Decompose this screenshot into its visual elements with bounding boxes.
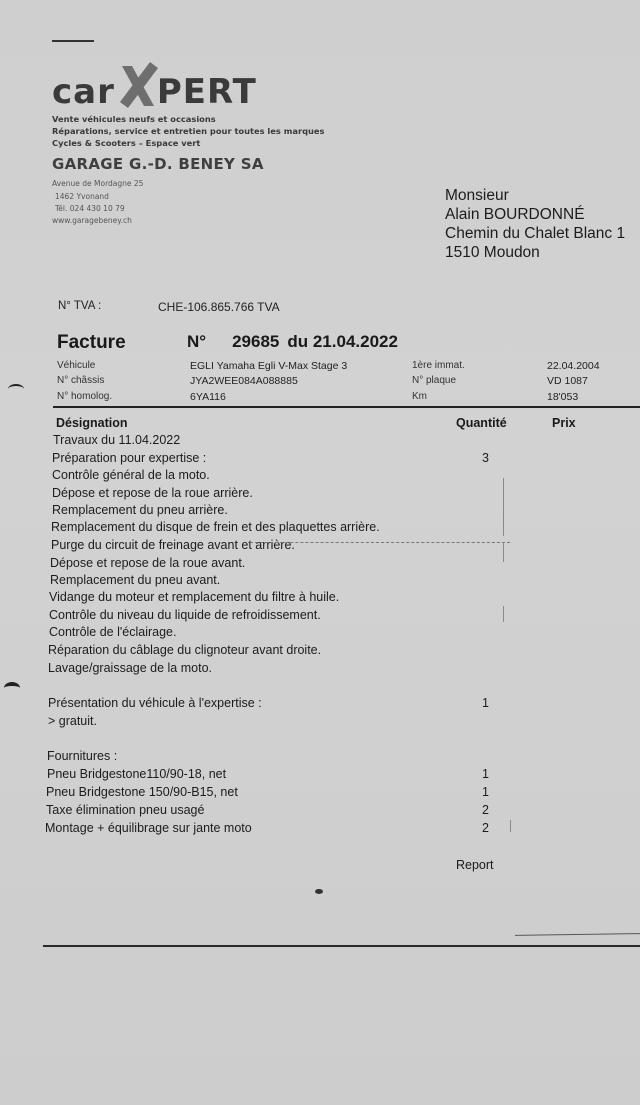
homolog-label: N° homolog. — [57, 391, 112, 402]
line-item-quantity: 1 — [482, 767, 489, 781]
line-item-text: Pneu Bridgestone 150/90-B15, net — [46, 785, 238, 799]
line-item-quantity: 2 — [482, 821, 489, 835]
first-registration-value: 22.04.2004 — [547, 360, 600, 372]
recipient-name: Alain BOURDONNÉ — [445, 206, 585, 224]
homolog-value: 6YA116 — [190, 391, 226, 403]
line-item-text: Contrôle général de la moto. — [52, 468, 210, 482]
signature-line — [515, 933, 640, 936]
paper-speck — [315, 889, 323, 894]
tagline-cycles: Cycles & Scooters – Espace vert — [52, 138, 200, 148]
line-item-quantity: 2 — [482, 803, 489, 817]
line-item-text: Contrôle du niveau du liquide de refroid… — [49, 608, 321, 622]
line-item-text: > gratuit. — [48, 714, 97, 728]
footer-rule — [43, 945, 640, 947]
line-item-text: Lavage/graissage de la moto. — [48, 661, 212, 675]
km-value: 18'053 — [547, 391, 578, 403]
dashed-separator — [250, 542, 510, 543]
line-item-text: Dépose et repose de la roue avant. — [50, 556, 245, 570]
line-item-quantity: 3 — [482, 451, 489, 465]
tagline-sales: Vente véhicules neufs et occasions — [52, 114, 216, 124]
invoice-number-label: N° — [187, 332, 206, 351]
logo-part-pert: pert — [157, 72, 257, 112]
column-quantity: Quantité — [456, 416, 507, 430]
line-item-text: Remplacement du pneu arrière. — [52, 503, 228, 517]
company-phone: Tél. 024 430 10 79 — [55, 204, 125, 213]
recipient-street: Chemin du Chalet Blanc 1 — [445, 225, 625, 243]
column-tick-2 — [503, 542, 504, 562]
logo-x-icon — [116, 68, 156, 112]
line-item-text: Remplacement du pneu avant. — [50, 573, 220, 587]
chassis-label: N° châssis — [57, 375, 104, 386]
vehicle-label: Véhicule — [57, 360, 95, 371]
plate-label: N° plaque — [412, 375, 456, 386]
column-tick-4 — [510, 820, 511, 832]
plate-value: VD 1087 — [547, 375, 588, 387]
column-price: Prix — [552, 416, 576, 430]
logo-part-car: car — [52, 72, 115, 112]
column-tick-1 — [503, 478, 504, 536]
line-item-text: Fournitures : — [47, 749, 117, 763]
vehicle-value: EGLI Yamaha Egli V-Max Stage 3 — [190, 360, 347, 372]
km-label: Km — [412, 391, 427, 402]
line-item-text: Vidange du moteur et remplacement du fil… — [49, 590, 339, 604]
line-item-quantity: 1 — [482, 785, 489, 799]
header-rule — [53, 406, 640, 408]
invoice-date: du 21.04.2022 — [287, 332, 398, 351]
tva-label: N° TVA : — [58, 300, 101, 312]
line-item-text: Remplacement du disque de frein et des p… — [51, 520, 380, 534]
company-website: www.garagebeney.ch — [52, 216, 132, 225]
line-item-text: Contrôle de l'éclairage. — [49, 625, 176, 639]
invoice-number-line: N°29685du 21.04.2022 — [187, 332, 416, 352]
line-item-text: Montage + équilibrage sur jante moto — [45, 821, 252, 835]
tva-value: CHE-106.865.766 TVA — [158, 300, 280, 314]
line-item-text: Réparation du câblage du clignoteur avan… — [48, 643, 321, 657]
line-item-text: Pneu Bridgestone110/90-18, net — [47, 767, 226, 781]
recipient-salutation: Monsieur — [445, 187, 509, 205]
chassis-value: JYA2WEE084A088885 — [190, 375, 298, 387]
company-logo: car pert — [52, 68, 257, 112]
invoice-title: Facture — [57, 332, 126, 354]
invoice-page: car pert Vente véhicules neufs et occasi… — [0, 0, 640, 1105]
carry-over-label: Report — [456, 858, 494, 872]
line-item-text: Dépose et repose de la roue arrière. — [52, 486, 253, 500]
garage-name: GARAGE G.-D. BENEY SA — [52, 155, 264, 173]
column-designation: Désignation — [56, 416, 128, 430]
line-item-text: Travaux du 11.04.2022 — [53, 433, 180, 447]
top-dash-mark — [52, 40, 94, 42]
invoice-number: 29685 — [232, 332, 279, 351]
line-item-text: Purge du circuit de freinage avant et ar… — [51, 538, 295, 552]
line-item-text: Préparation pour expertise : — [52, 451, 206, 465]
first-registration-label: 1ère immat. — [412, 360, 465, 371]
recipient-city: 1510 Moudon — [445, 244, 540, 262]
line-item-text: Présentation du véhicule à l'expertise : — [48, 696, 262, 710]
line-item-text: Taxe élimination pneu usagé — [46, 803, 204, 817]
column-tick-3 — [503, 606, 504, 622]
company-city: 1462 Yvonand — [55, 192, 109, 201]
line-item-quantity: 1 — [482, 696, 489, 710]
tagline-repairs: Réparations, service et entretien pour t… — [52, 126, 324, 136]
punch-mark-bottom — [4, 682, 20, 694]
punch-mark-top — [8, 384, 24, 394]
company-street: Avenue de Mordagne 25 — [52, 179, 143, 188]
